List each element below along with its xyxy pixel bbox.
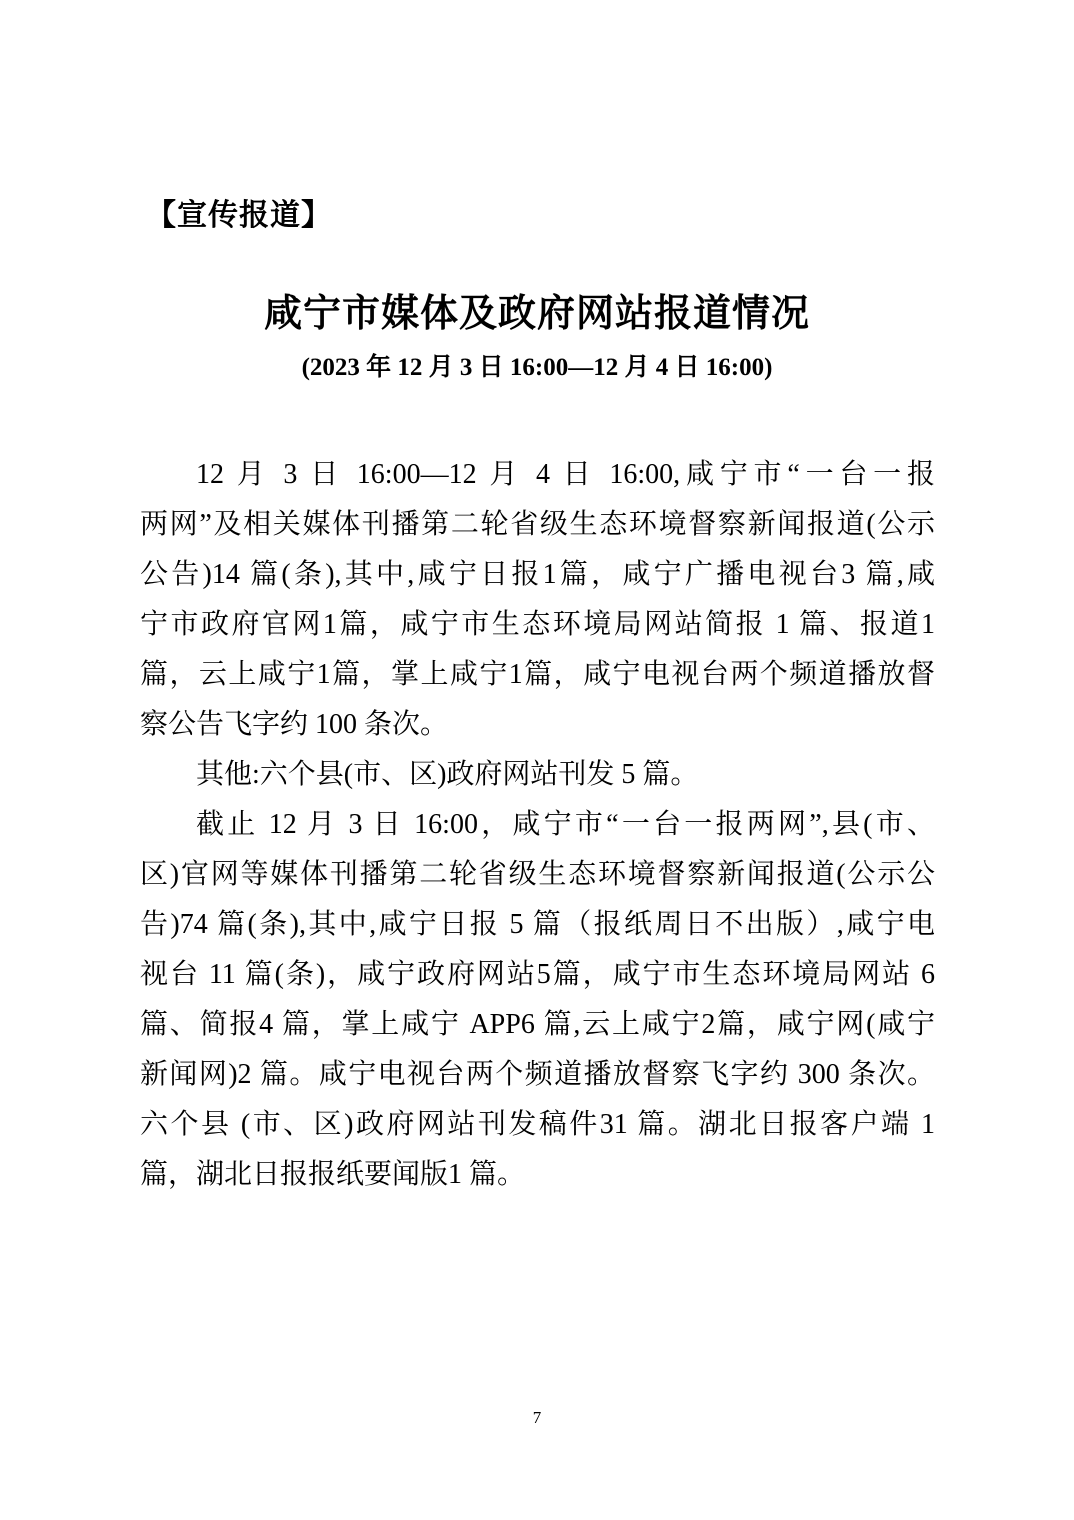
section-header: 【宣传报道】 bbox=[146, 196, 332, 236]
body-line: 篇，云上咸宁1篇，掌上咸宁1篇，咸宁电视台两个频道播放督 bbox=[140, 650, 935, 700]
body-line: 其他:六个县(市、区)政府网站刊发 5 篇。 bbox=[140, 750, 935, 800]
body-text: 12 月 3 日 16:00—12 月 4 日 16:00,咸宁市“一台一报 两… bbox=[140, 450, 935, 1200]
body-line: 截止 12 月 3 日 16:00，咸宁市“一台一报两网”,县(市、 bbox=[140, 800, 935, 850]
body-line: 新闻网)2 篇。咸宁电视台两个频道播放督察飞字约 300 条次。 bbox=[140, 1050, 935, 1100]
body-line: 告)74 篇(条),其中,咸宁日报 5 篇（报纸周日不出版）,咸宁电 bbox=[140, 900, 935, 950]
body-line: 篇、简报4 篇，掌上咸宁 APP6 篇,云上咸宁2篇，咸宁网(咸宁 bbox=[140, 1000, 935, 1050]
page-number: 7 bbox=[0, 1406, 1074, 1430]
body-line: 篇，湖北日报报纸要闻版1 篇。 bbox=[140, 1150, 935, 1200]
body-line: 两网”及相关媒体刊播第二轮省级生态环境督察新闻报道(公示 bbox=[140, 500, 935, 550]
body-line: 视台 11 篇(条)，咸宁政府网站5篇，咸宁市生态环境局网站 6 bbox=[140, 950, 935, 1000]
document-title: 咸宁市媒体及政府网站报道情况 bbox=[0, 290, 1074, 338]
document-subtitle: (2023 年 12 月 3 日 16:00—12 月 4 日 16:00) bbox=[0, 351, 1074, 385]
body-line: 察公告飞字约 100 条次。 bbox=[140, 700, 935, 750]
body-line: 宁市政府官网1篇，咸宁市生态环境局网站简报 1 篇、报道1 bbox=[140, 600, 935, 650]
body-line: 12 月 3 日 16:00—12 月 4 日 16:00,咸宁市“一台一报 bbox=[140, 450, 935, 500]
body-line: 区)官网等媒体刊播第二轮省级生态环境督察新闻报道(公示公 bbox=[140, 850, 935, 900]
document-page: 【宣传报道】 咸宁市媒体及政府网站报道情况 (2023 年 12 月 3 日 1… bbox=[0, 0, 1074, 1520]
body-line: 公告)14 篇(条),其中,咸宁日报1篇，咸宁广播电视台3 篇,咸 bbox=[140, 550, 935, 600]
body-line: 六个县 (市、区)政府网站刊发稿件31 篇。湖北日报客户端 1 bbox=[140, 1100, 935, 1150]
